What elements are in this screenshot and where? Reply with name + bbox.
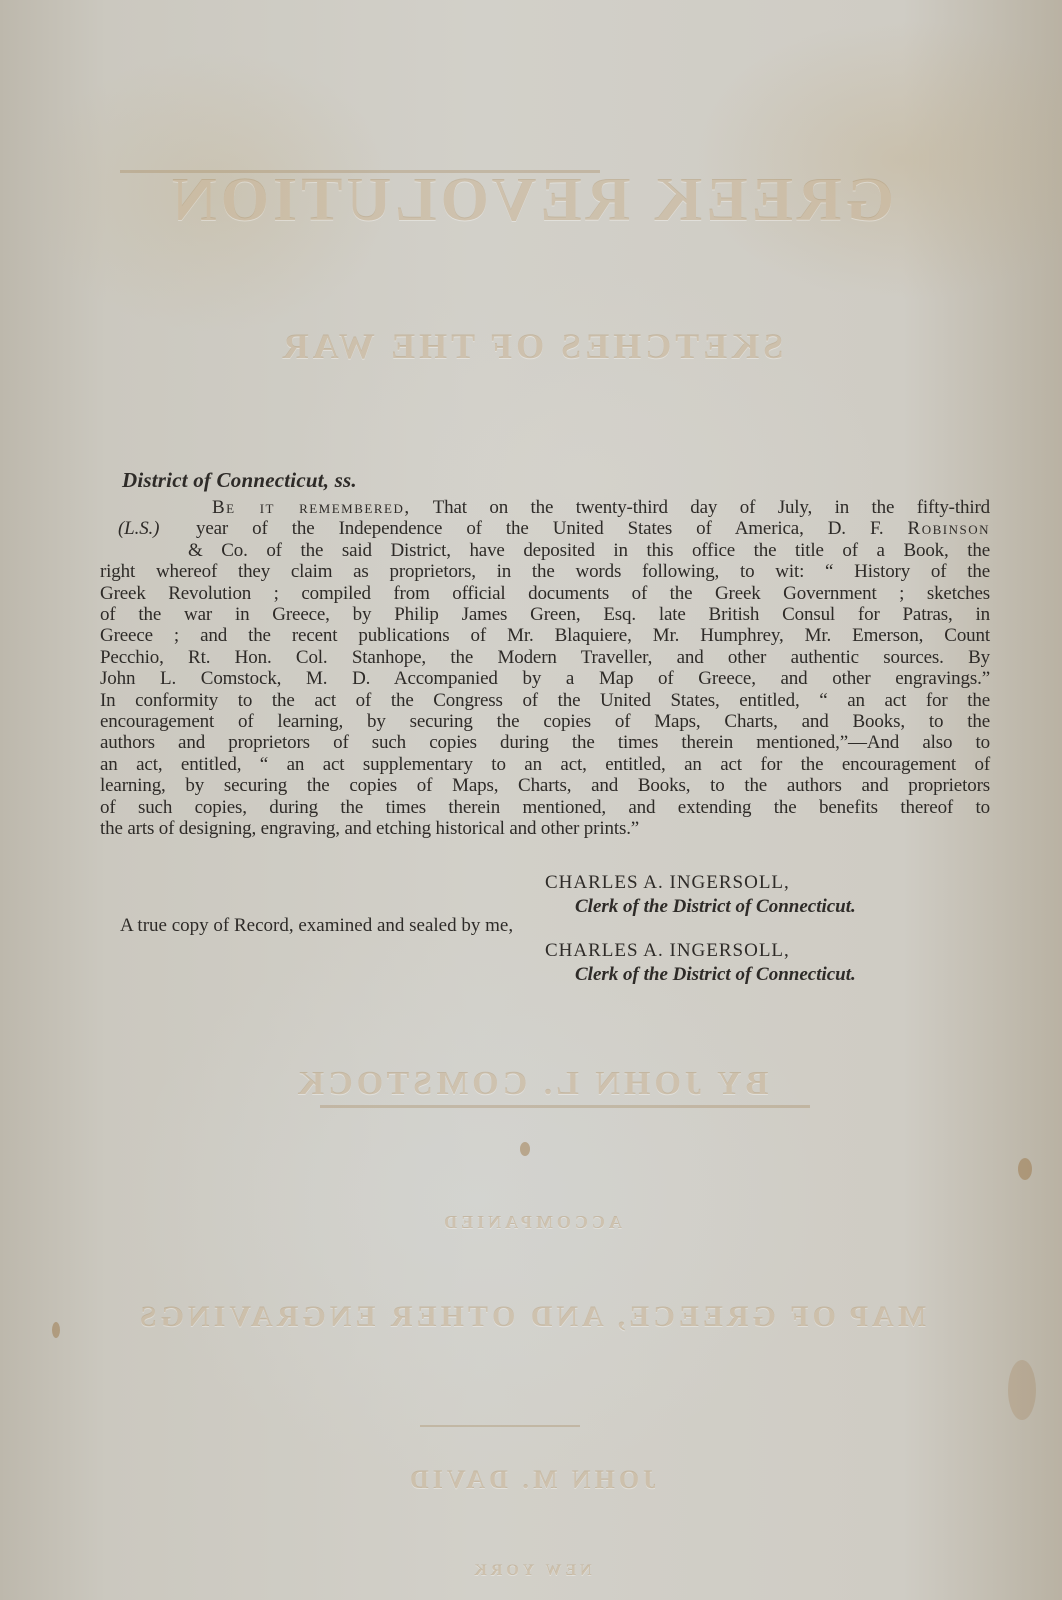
bleedthrough-title: GREEK REVOLUTION <box>0 165 1062 236</box>
foxing-stain <box>52 1322 60 1338</box>
signature-title-2: Clerk of the District of Connecticut. <box>575 964 856 986</box>
bleedthrough-rule <box>320 1105 810 1108</box>
text-line: Greek Revolution ; compiled from officia… <box>100 583 990 604</box>
foxing-stain <box>1018 1158 1032 1180</box>
bleedthrough-city: NEW YORK <box>0 1562 1062 1580</box>
text-line: & Co. of the said District, have deposit… <box>100 540 990 561</box>
district-heading: District of Connecticut, ss. <box>122 468 990 493</box>
text-line: Be it remembered, That on the twenty-thi… <box>100 497 990 518</box>
text-line: (L.S.)year of the Independence of the Un… <box>100 518 990 539</box>
bleedthrough-map: MAP OF GREECE, AND OTHER ENGRAVINGS <box>0 1300 1062 1334</box>
bleedthrough-subtitle: SKETCHES OF THE WAR <box>0 325 1062 367</box>
signature-name-1: CHARLES A. INGERSOLL, <box>545 872 790 894</box>
bleedthrough-rule <box>120 170 600 173</box>
copyright-body: Be it remembered, That on the twenty-thi… <box>100 497 990 840</box>
copyright-notice: District of Connecticut, ss. Be it remem… <box>100 468 990 840</box>
foxing-stain <box>1008 1360 1036 1420</box>
text-line: Pecchio, Rt. Hon. Col. Stanhope, the Mod… <box>100 647 990 668</box>
bleedthrough-accompanied: ACCOMPANIED <box>0 1212 1062 1233</box>
bleedthrough-rule <box>420 1425 580 1427</box>
text-line: John L. Comstock, M. D. Accompanied by a… <box>100 668 990 689</box>
foxing-stain <box>520 1142 530 1156</box>
text-line: authors and proprietors of such copies d… <box>100 732 990 753</box>
text-line: right whereof they claim as proprietors,… <box>100 561 990 582</box>
signature-name-2: CHARLES A. INGERSOLL, <box>545 940 790 962</box>
text-line: of such copies, during the times therein… <box>100 797 990 818</box>
signature-title-1: Clerk of the District of Connecticut. <box>575 896 856 918</box>
text-line: encouragement of learning, by securing t… <box>100 711 990 732</box>
text-line: of the war in Greece, by Philip James Gr… <box>100 604 990 625</box>
text-line: In conformity to the act of the Congress… <box>100 690 990 711</box>
text-line: Greece ; and the recent publications of … <box>100 625 990 646</box>
bleedthrough-author: BY JOHN L. COMSTOCK <box>0 1065 1062 1103</box>
text-line: an act, entitled, “ an act supplementary… <box>100 754 990 775</box>
attestation-line: A true copy of Record, examined and seal… <box>120 915 513 937</box>
seal-label: (L.S.) <box>118 518 196 539</box>
bleedthrough-publisher: JOHN M. DAVID <box>0 1465 1062 1495</box>
text-line: learning, by securing the copies of Maps… <box>100 775 990 796</box>
text-line: the arts of designing, engraving, and et… <box>100 818 990 839</box>
